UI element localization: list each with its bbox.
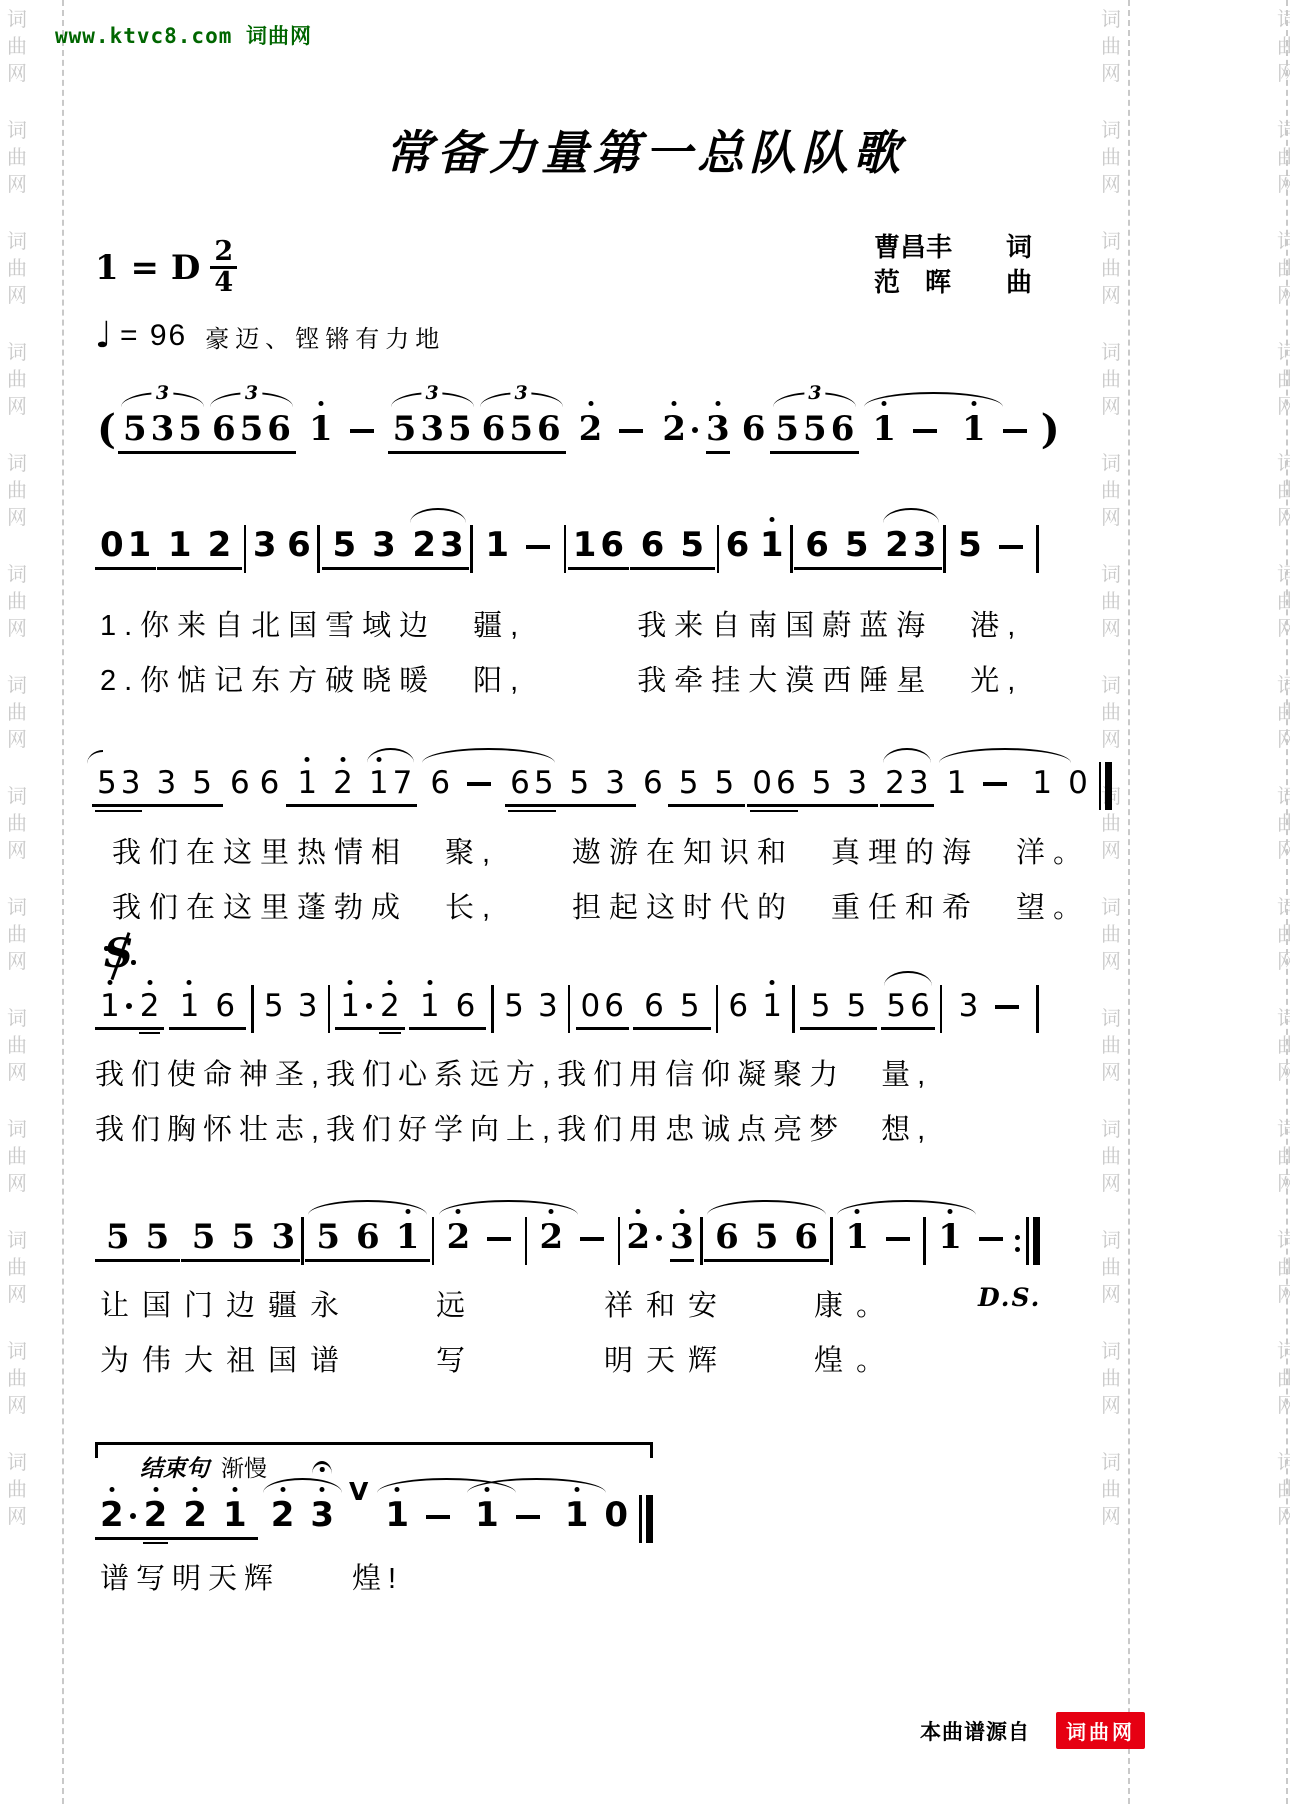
dashed-border-edge [1286, 0, 1288, 1804]
note-group: 1 [936, 768, 1020, 807]
tempo-line: ♩ = 96 豪迈、铿锵有力地 [95, 318, 445, 354]
ending-tempo-text: 渐慢 [221, 1450, 267, 1483]
note-group: 65 [633, 991, 710, 1030]
note: 1 [369, 768, 389, 799]
note: 5 [679, 768, 699, 799]
octave-dot-high [341, 757, 346, 762]
barline [923, 1217, 926, 1265]
watermark-char: 曲 [7, 699, 27, 726]
note: 1 [938, 1220, 962, 1254]
note: 5 [231, 1220, 255, 1254]
octave-dot-high [672, 401, 677, 406]
octave-dot-high [147, 980, 152, 985]
augmentation-dot [656, 1235, 662, 1241]
note-group: 6 [225, 768, 255, 807]
dash-note [426, 1515, 450, 1520]
note: 1 [762, 991, 782, 1022]
note: 3 [706, 412, 730, 454]
song-title: 常备力量第一总队队歌 [0, 116, 1290, 183]
note: 6 [726, 528, 750, 562]
lyric-line-9: 谱写明天辉 煌! [100, 1556, 403, 1597]
note-group: 1 [757, 991, 787, 1030]
note: 2 [626, 1220, 650, 1254]
octave-dot-high [193, 1487, 198, 1492]
note: 6 [537, 412, 561, 446]
watermark-char: 网 [1101, 837, 1121, 864]
note: 1 [947, 768, 967, 799]
octave-dot-high [549, 1209, 554, 1214]
lyric-line-8: 为伟大祖国谱 写 明天辉 煌。 [100, 1338, 898, 1379]
note-group: 17 [364, 768, 417, 807]
note: 1 [180, 991, 200, 1022]
octave-dot-high [232, 1487, 237, 1492]
watermark-char: 网 [1277, 1059, 1290, 1086]
music-line-intro: (535365631535365632236556311) [95, 402, 1040, 454]
watermark-char: 曲 [7, 588, 27, 615]
repeat-dots [1015, 1235, 1020, 1252]
watermark-char: 网 [1277, 837, 1290, 864]
site-link[interactable]: www.ktvc8.com 词曲网 [55, 20, 312, 50]
slur-arc [367, 748, 414, 763]
music-line-chorus-b: 55553561222365611 [95, 1210, 1040, 1262]
note: 5 [192, 768, 212, 799]
watermark-char: 词 [1101, 450, 1121, 477]
note-group: 16 [568, 528, 629, 570]
note: 5 [106, 1220, 130, 1254]
octave-dot-high [770, 980, 775, 985]
fermata-icon [312, 1461, 332, 1474]
note: 6 [910, 991, 930, 1022]
note: 1 [168, 528, 192, 562]
octave-dot-high [153, 1487, 158, 1492]
note: 2 [662, 412, 686, 446]
triplet-number: 3 [804, 384, 825, 403]
note: 6 [287, 528, 311, 562]
note-group: 1 [755, 528, 789, 570]
lyricist-role: 词 [1006, 230, 1032, 265]
watermark-char: 词 [1277, 1449, 1290, 1476]
note: 6 [728, 991, 748, 1022]
thin-bar [1099, 762, 1102, 810]
note: 3 [913, 528, 937, 562]
note: 0 [100, 528, 124, 562]
note: 5 [509, 412, 533, 446]
watermark-char: 曲 [1277, 1254, 1290, 1281]
source-footer: 本曲谱源自 词曲网 [920, 1712, 1145, 1749]
note: 1 [128, 528, 152, 562]
barline [618, 1217, 621, 1265]
music-line-chorus-a: 12165312165306656155563 [95, 978, 1040, 1030]
note: 3 [372, 528, 396, 562]
note-group: 1 [374, 1498, 462, 1540]
note-group: 35 [145, 768, 222, 807]
watermark-char: 曲 [1101, 1476, 1121, 1503]
slur-arc [883, 748, 930, 763]
note: 1 [297, 768, 317, 799]
lyric-line-7: 让国门边疆永 远 祥和安 康。 [100, 1283, 898, 1324]
note-group: 23 [880, 768, 933, 807]
octave-dot-high [387, 980, 392, 985]
note: 3 [440, 528, 464, 562]
slur-arc [837, 1200, 976, 1215]
watermark-char: 词 [1101, 1005, 1121, 1032]
watermark-char: 网 [7, 726, 27, 753]
note-group: 6 [282, 528, 316, 570]
note-group: 3 [248, 528, 282, 570]
note: 1 [340, 991, 360, 1022]
barline [301, 1217, 304, 1265]
augmentation-dot [126, 1003, 132, 1009]
dash-note [1003, 429, 1027, 434]
watermark-char: 曲 [7, 921, 27, 948]
note-group: 2 [568, 412, 656, 454]
watermark-char: 词 [1277, 1338, 1290, 1365]
note: 5 [812, 768, 832, 799]
watermark-char: 词 [1101, 339, 1121, 366]
note-group: 2 [436, 1220, 524, 1262]
note: 0 [581, 991, 601, 1022]
note-group: 5 [259, 991, 289, 1030]
note: 3 [605, 768, 625, 799]
note: 2 [447, 1220, 471, 1254]
key-signature: 1 = D 2 4 [95, 238, 237, 298]
note: 1 [475, 1498, 499, 1532]
watermark-char: 网 [7, 504, 27, 531]
note-group: 6 [419, 768, 503, 807]
note: 2 [412, 528, 436, 562]
watermark-char: 网 [1277, 60, 1290, 87]
watermark-char: 网 [1101, 726, 1121, 753]
note: 2 [183, 1498, 207, 1532]
note: 5 [811, 991, 831, 1022]
watermark-char: 网 [7, 615, 27, 642]
watermark-char: 曲 [1277, 1365, 1290, 1392]
watermark-char: 网 [1101, 1281, 1121, 1308]
note: 5 [240, 412, 264, 446]
note: 2 [333, 768, 353, 799]
barline [830, 1217, 833, 1265]
thick-bar [646, 1495, 653, 1543]
note-group: 53 [559, 768, 636, 807]
slur-arc [308, 1200, 427, 1215]
watermark-char: 词 [7, 228, 27, 255]
octave-dot-high [107, 980, 112, 985]
parenthesis: ( [97, 410, 116, 450]
watermark-column-right: 词曲网词曲网词曲网词曲网词曲网词曲网词曲网词曲网词曲网词曲网词曲网词曲网词曲网词… [1096, 0, 1126, 1804]
watermark-char: 网 [1277, 1503, 1290, 1530]
note: 1 [100, 991, 120, 1022]
thin-bar [639, 1495, 642, 1543]
note: 6 [230, 768, 250, 799]
note-group: 5353 [388, 412, 477, 454]
note: 1 [760, 528, 784, 562]
barline [792, 985, 795, 1033]
note: 0 [604, 1498, 628, 1532]
thin-bar [1026, 1217, 1029, 1265]
note: 1 [1032, 768, 1052, 799]
watermark-char: 词 [7, 450, 27, 477]
watermark-char: 曲 [7, 1476, 27, 1503]
watermark-char: 词 [1277, 1116, 1290, 1143]
slur-arc [884, 971, 931, 986]
note-group: 1 [834, 1220, 922, 1262]
watermark-char: 网 [7, 1059, 27, 1086]
note-group: 10 [1021, 768, 1098, 807]
note-group: 53 [92, 768, 145, 807]
note-group: 2 [529, 1220, 617, 1262]
note: 2 [208, 528, 232, 562]
octave-dot-high [971, 401, 976, 406]
watermark-char: 网 [1277, 393, 1290, 420]
watermark-char: 词 [1277, 339, 1290, 366]
watermark-char: 曲 [1277, 1476, 1290, 1503]
note-group: 5 [947, 528, 1035, 570]
note: 2 [540, 1220, 564, 1254]
watermark-column-left: 词曲网词曲网词曲网词曲网词曲网词曲网词曲网词曲网词曲网词曲网词曲网词曲网词曲网词… [2, 0, 32, 1804]
barline [943, 525, 946, 573]
octave-dot-high [636, 1209, 641, 1214]
dash-note [350, 429, 374, 434]
slur-arc [707, 1200, 826, 1215]
note: 0 [1068, 768, 1088, 799]
note-group: 561 [305, 1220, 430, 1262]
note: 1 [420, 991, 440, 1022]
dash-note [979, 1237, 1003, 1242]
note: 3 [959, 991, 979, 1022]
note: 2 [885, 768, 905, 799]
note: 6 [643, 768, 663, 799]
watermark-char: 词 [7, 1116, 27, 1143]
ending-label: 结束句 渐慢 [140, 1450, 267, 1483]
watermark-char: 网 [1277, 282, 1290, 309]
expression-text: 豪迈、铿锵有力地 [205, 319, 445, 354]
watermark-char: 词 [1277, 1005, 1290, 1032]
augmentation-dot [692, 427, 698, 433]
note: 0 [752, 768, 772, 799]
note: 3 [909, 768, 929, 799]
note-group: 1 [474, 528, 562, 570]
note: 5 [123, 412, 147, 446]
watermark-char: 曲 [1277, 1032, 1290, 1059]
note: 3 [121, 768, 141, 799]
watermark-char: 网 [1277, 615, 1290, 642]
thick-bar [1105, 762, 1112, 810]
watermark-char: 网 [1101, 948, 1121, 975]
note: 3 [847, 768, 867, 799]
watermark-char: 词 [1101, 1227, 1121, 1254]
barline [700, 1217, 703, 1265]
slur-arc [422, 748, 555, 763]
slur-arc [410, 508, 465, 523]
lyric-line-2: 2.你惦记东方破晓暖 阳, 我牵挂大漠西陲星 光, [100, 658, 1023, 699]
watermark-char: 词 [7, 783, 27, 810]
watermark-char: 曲 [7, 810, 27, 837]
watermark-char: 网 [7, 393, 27, 420]
note: 6 [604, 991, 624, 1022]
note-group: 1 [464, 1498, 552, 1540]
note: 6 [212, 412, 236, 446]
watermark-char: 词 [7, 339, 27, 366]
note: 1 [573, 528, 597, 562]
note-group: 6 [721, 528, 755, 570]
music-line-coda: 222123V1110 [95, 1488, 647, 1540]
watermark-char: 网 [1101, 1170, 1121, 1197]
triplet-number: 3 [152, 384, 173, 403]
slur-arc [263, 1478, 342, 1493]
watermark-char: 曲 [7, 1143, 27, 1170]
note: 6 [267, 412, 291, 446]
dash-note [580, 1237, 604, 1242]
note: 2 [100, 1498, 124, 1532]
note: 1 [385, 1498, 409, 1532]
note: 5 [97, 768, 117, 799]
note: 6 [776, 768, 796, 799]
dash-note [999, 545, 1023, 550]
note: 6 [456, 991, 476, 1022]
watermark-char: 词 [1277, 1227, 1290, 1254]
note: 1 [223, 1498, 247, 1532]
dash-note [467, 782, 491, 787]
dash-note [886, 1237, 910, 1242]
dash-note [619, 429, 643, 434]
note: 6 [482, 412, 506, 446]
slur-arc [939, 748, 1072, 763]
note-group: 10 [554, 1498, 639, 1540]
barline [790, 525, 793, 573]
note: 5 [534, 768, 554, 799]
note: 6 [430, 768, 450, 799]
watermark-char: 词 [7, 1338, 27, 1365]
watermark-char: 网 [1277, 1281, 1290, 1308]
dash-note [983, 782, 1007, 787]
augmentation-dot [130, 1513, 136, 1519]
watermark-char: 网 [1101, 1392, 1121, 1419]
segno-dot [131, 960, 136, 965]
tie-end-arc [87, 750, 103, 764]
note: 5 [775, 412, 799, 446]
watermark-char: 曲 [7, 1254, 27, 1281]
barline [568, 985, 571, 1033]
key-label: 1 = D [95, 248, 200, 288]
thick-bar [1033, 1217, 1040, 1265]
octave-dot-high [348, 980, 353, 985]
watermark-char: 曲 [1277, 699, 1290, 726]
watermark-char: 曲 [7, 255, 27, 282]
note: 5 [178, 412, 202, 446]
octave-dot-high [574, 1487, 579, 1492]
time-denominator: 4 [210, 269, 237, 297]
note: 3 [298, 991, 318, 1022]
note-group: 656 [704, 1220, 829, 1262]
site-url: www.ktvc8.com [55, 24, 232, 48]
watermark-char: 词 [1277, 6, 1290, 33]
note: 5 [146, 1220, 170, 1254]
note-group: 55 [181, 1220, 266, 1262]
octave-dot-high [679, 1209, 684, 1214]
note: 5 [846, 991, 866, 1022]
watermark-char: 曲 [1101, 810, 1121, 837]
watermark-char: 网 [1277, 504, 1290, 531]
barline [317, 525, 320, 573]
watermark-char: 曲 [1101, 477, 1121, 504]
note-group: 21 [172, 1498, 257, 1540]
note: 7 [393, 768, 413, 799]
note: 3 [310, 1498, 334, 1532]
note: 1 [485, 528, 509, 562]
breath-mark: V [349, 1479, 368, 1504]
note-group: 1 [927, 1220, 1015, 1262]
source-site-badge[interactable]: 词曲网 [1056, 1712, 1145, 1749]
note: 3 [670, 1220, 694, 1262]
note-group: 06 [747, 768, 800, 807]
note: 2 [140, 991, 160, 1022]
note: 5 [886, 991, 906, 1022]
note-group: 55 [668, 768, 745, 807]
note-group: 3 [948, 991, 1032, 1030]
note: 5 [570, 768, 590, 799]
quarter-note-icon: ♩ [95, 318, 112, 354]
watermark-char: 曲 [7, 1032, 27, 1059]
watermark-char: 词 [7, 6, 27, 33]
note-group: 06 [576, 991, 629, 1030]
note-group: 23 [407, 528, 468, 570]
triplet-number: 3 [422, 384, 443, 403]
watermark-char: 词 [7, 1449, 27, 1476]
note-group: 55 [95, 1220, 180, 1262]
note: 1 [565, 1498, 589, 1532]
note: 5 [333, 528, 357, 562]
barline [716, 985, 719, 1033]
watermark-char: 曲 [1101, 1143, 1121, 1170]
watermark-char: 网 [1101, 1059, 1121, 1086]
watermark-char: 曲 [1277, 366, 1290, 393]
tempo-value: = 96 [120, 319, 187, 353]
watermark-char: 网 [1101, 282, 1121, 309]
barline [525, 1217, 528, 1265]
note-group: 56 [881, 991, 934, 1030]
watermark-char: 曲 [1101, 1254, 1121, 1281]
note: 5 [393, 412, 417, 446]
watermark-char: 词 [1277, 783, 1290, 810]
watermark-char: 网 [1277, 726, 1290, 753]
note: 1 [396, 1220, 420, 1254]
watermark-char: 网 [7, 282, 27, 309]
watermark-char: 词 [1101, 894, 1121, 921]
lyricist-credit: 曹昌丰 词 [874, 230, 1032, 265]
note: 6 [715, 1220, 739, 1254]
watermark-char: 词 [1277, 894, 1290, 921]
triplet-number: 3 [511, 384, 532, 403]
note-group: 23 [260, 1498, 345, 1540]
watermark-char: 网 [7, 60, 27, 87]
note: 3 [151, 412, 175, 446]
credits: 曹昌丰 词 范晖 曲 [874, 230, 1032, 300]
segno-dot [104, 946, 109, 951]
final-barline [639, 1495, 653, 1543]
octave-dot-high [588, 401, 593, 406]
note: 5 [192, 1220, 216, 1254]
note-group: 1 [298, 412, 386, 454]
note-group: 3 [266, 1220, 300, 1262]
music-line-verse-b: 533566121766553655065323110 [92, 755, 1042, 807]
barline [470, 525, 473, 573]
watermark-char: 词 [1101, 672, 1121, 699]
note: 5 [680, 991, 700, 1022]
triplet-number: 3 [241, 384, 262, 403]
music-line-verse-a: 0112365323116656165235 [95, 518, 1040, 570]
watermark-char: 网 [1277, 948, 1290, 975]
note-group: 65 [794, 528, 879, 570]
